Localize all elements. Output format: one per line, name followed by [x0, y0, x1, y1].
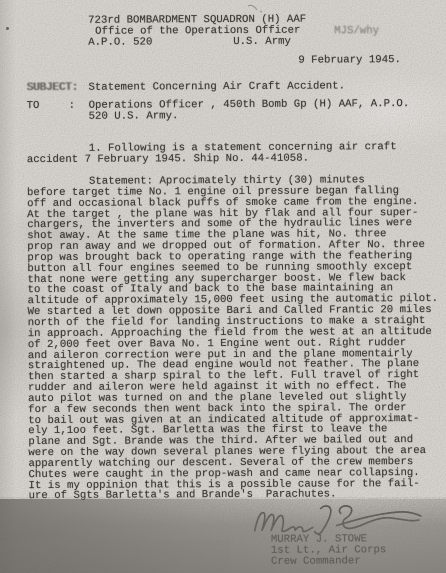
subject-text: Statement Concerning Air Craft Accident. [88, 81, 345, 93]
to-separator: : [69, 101, 75, 112]
subject-label: SUBJECT: [26, 83, 77, 94]
letterhead-apo: A.P.O. 520 [88, 37, 152, 48]
document-date: 9 February 1945. [298, 55, 401, 66]
to-address-line-2: 520 U.S. Army. [89, 111, 179, 122]
to-label: TO [27, 101, 40, 112]
typewritten-text-layer: 723rd BOMBARDMENT SQUADRON (H) AAF Offic… [0, 0, 446, 573]
statement-paragraph: Statement: Aprocimately thirty (30) minu… [27, 175, 446, 502]
typist-reference: MJS/why [334, 26, 379, 37]
intro-paragraph: 1. Following is a statement concerning a… [27, 142, 445, 166]
letterhead-branch: U.S. Army [233, 37, 291, 48]
scanned-document-page: 723rd BOMBARDMENT SQUADRON (H) AAF Offic… [0, 0, 446, 573]
bottom-smudge [0, 499, 446, 573]
